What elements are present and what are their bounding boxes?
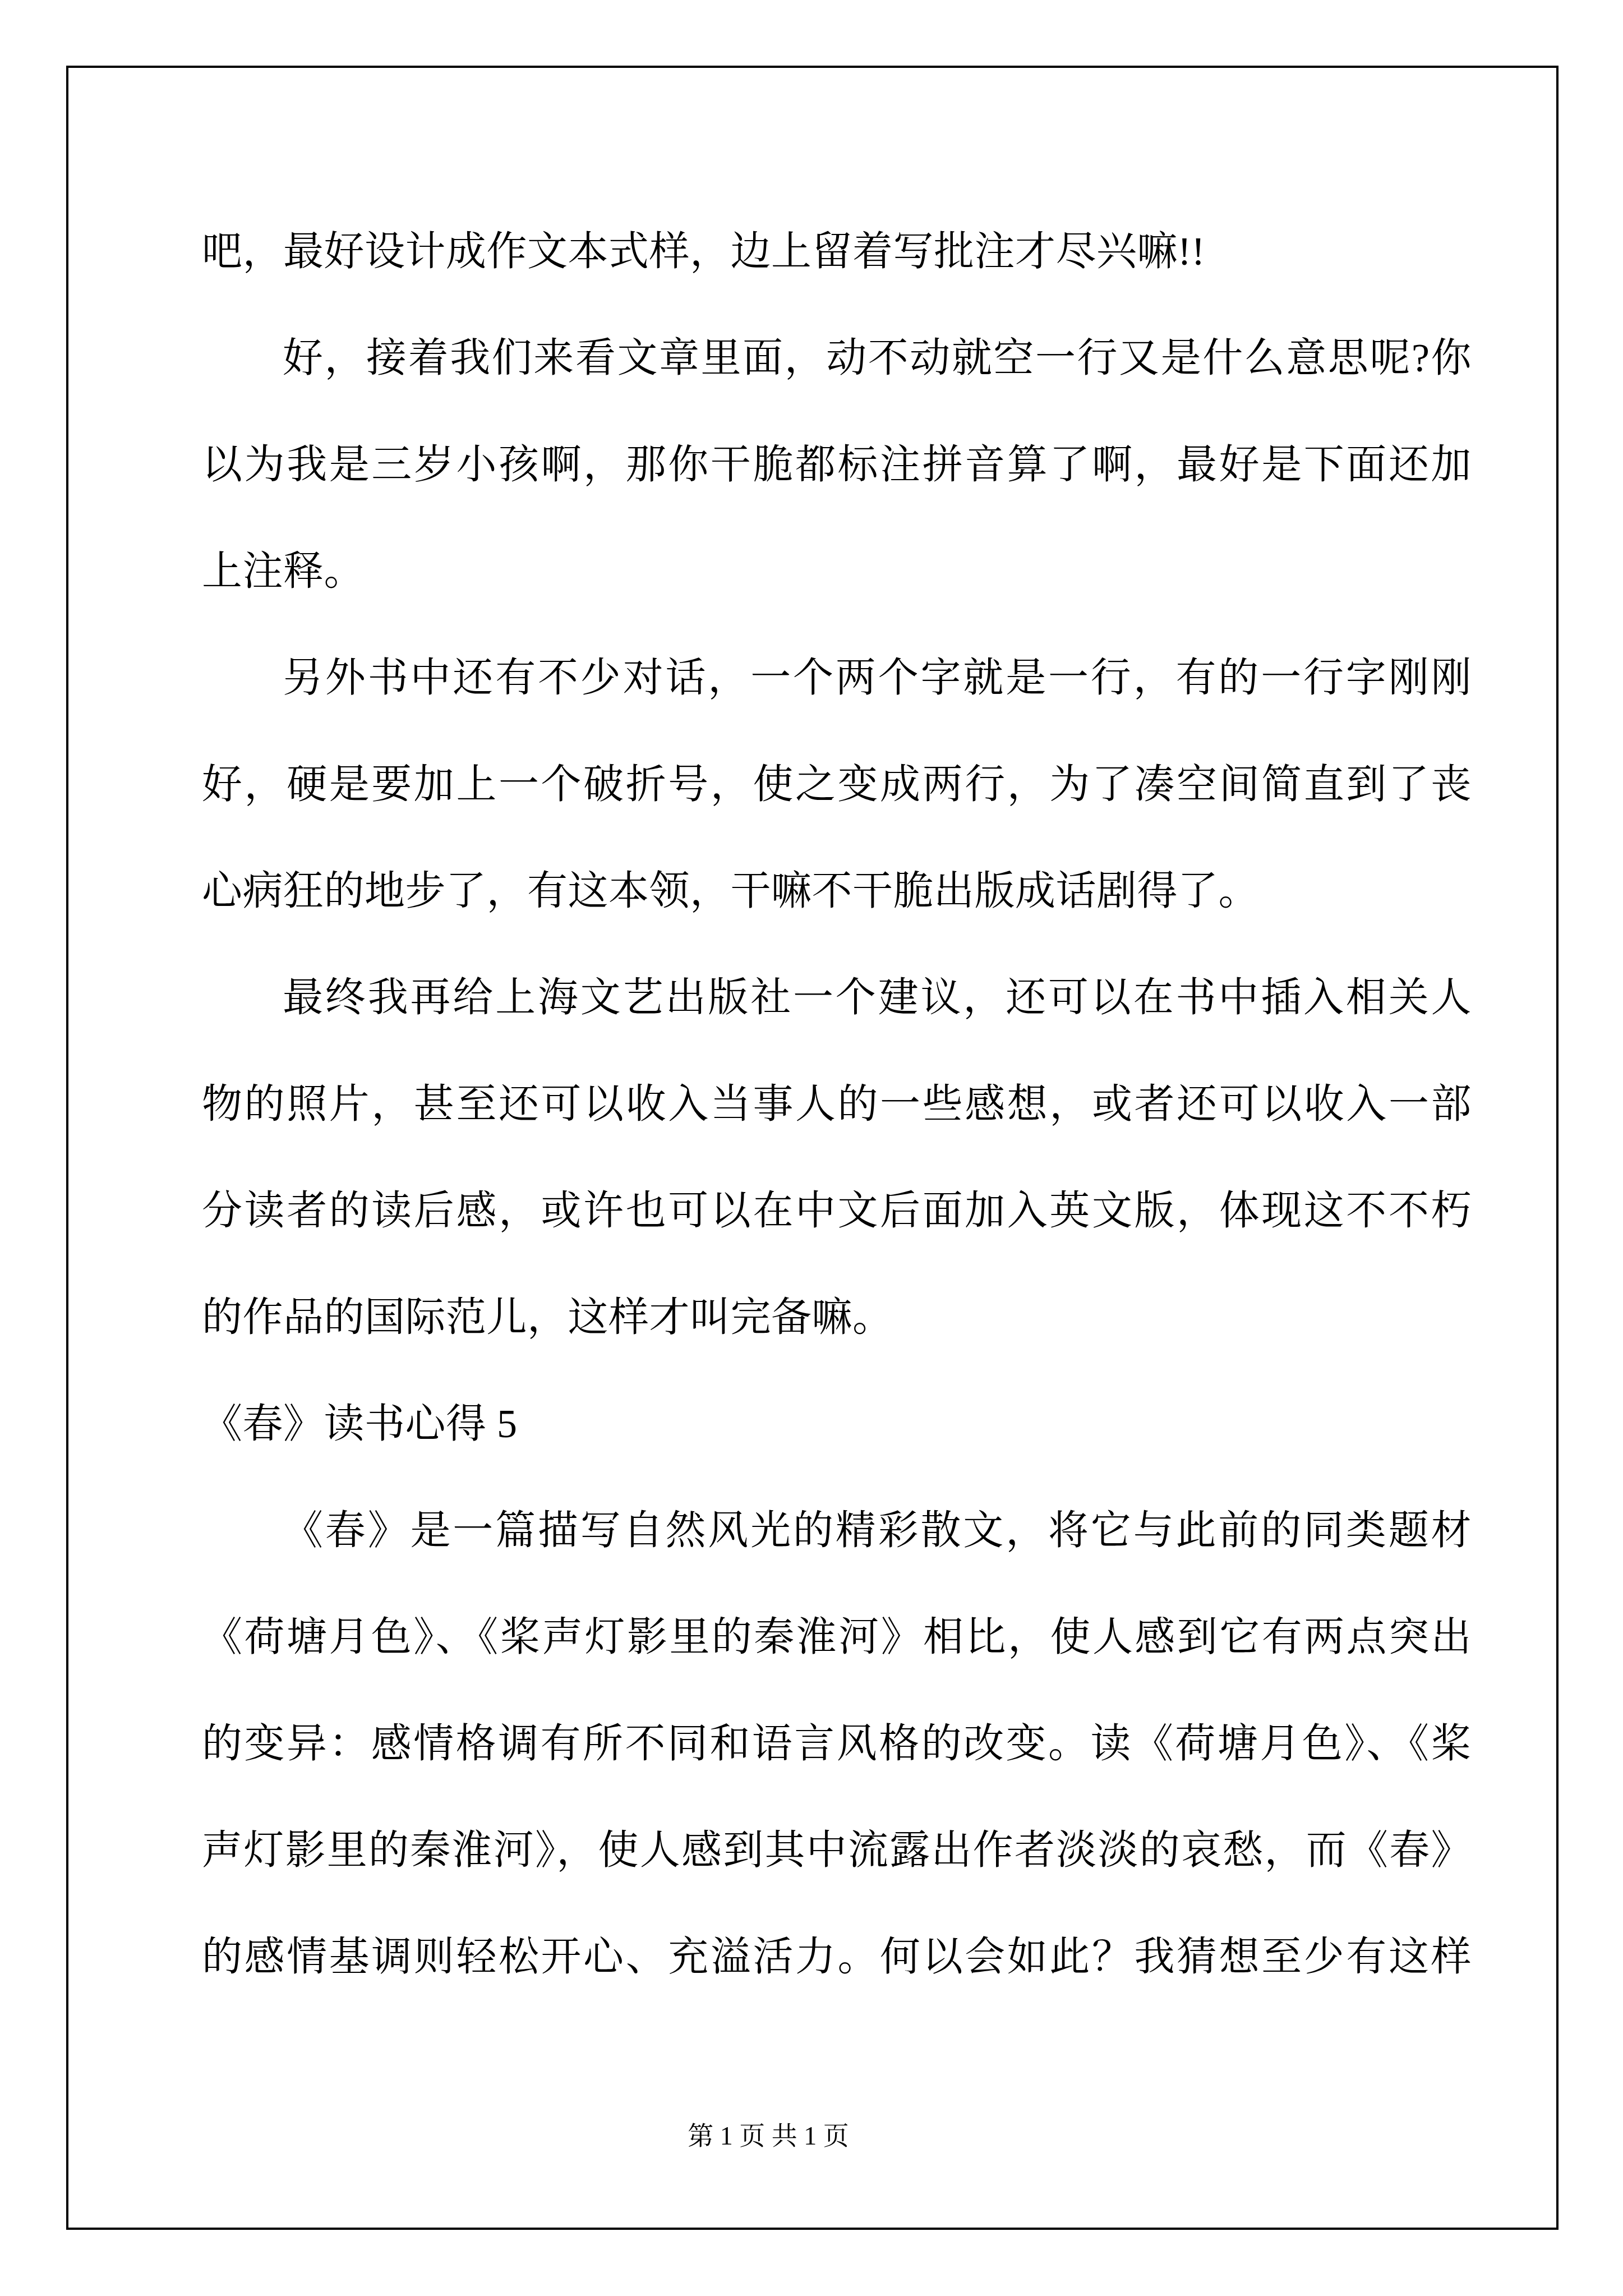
- page-footer: 第 1 页 共 1 页: [133, 2119, 1403, 2153]
- text-line: 物的照片，甚至还可以收入当事人的一些感想，或者还可以收入一部: [202, 1051, 1472, 1157]
- text-line: 《荷塘月色》、《桨声灯影里的秦淮河》相比，使人感到它有两点突出: [202, 1584, 1472, 1690]
- text-line: 好，接着我们来看文章里面，动不动就空一行又是什么意思呢?你: [202, 305, 1472, 411]
- document-body: 吧，最好设计成作文本式样，边上留着写批注才尽兴嘛!! 好，接着我们来看文章里面，…: [202, 198, 1472, 2010]
- document-page: 吧，最好设计成作文本式样，边上留着写批注才尽兴嘛!! 好，接着我们来看文章里面，…: [0, 0, 1623, 2296]
- text-line: 声灯影里的秦淮河》，使人感到其中流露出作者淡淡的哀愁，而《春》: [202, 1797, 1472, 1903]
- text-line: 的作品的国际范儿，这样才叫完备嘛。: [202, 1264, 1472, 1370]
- text-line: 最终我再给上海文艺出版社一个建议，还可以在书中插入相关人: [202, 944, 1472, 1051]
- text-line: 上注释。: [202, 518, 1472, 624]
- section-heading: 《春》读书心得 5: [202, 1370, 1472, 1477]
- text-line: 以为我是三岁小孩啊，那你干脆都标注拼音算了啊，最好是下面还加: [202, 411, 1472, 518]
- text-line: 分读者的读后感，或许也可以在中文后面加入英文版，体现这不不朽: [202, 1157, 1472, 1264]
- text-line: 的变异：感情格调有所不同和语言风格的改变。读《荷塘月色》、《桨: [202, 1690, 1472, 1797]
- text-line: 《春》是一篇描写自然风光的精彩散文，将它与此前的同类题材: [202, 1477, 1472, 1584]
- text-line: 的感情基调则轻松开心、充溢活力。何以会如此？我猜想至少有这样: [202, 1903, 1472, 2010]
- text-line: 吧，最好设计成作文本式样，边上留着写批注才尽兴嘛!!: [202, 198, 1472, 305]
- text-line: 好，硬是要加上一个破折号，使之变成两行，为了凑空间简直到了丧: [202, 731, 1472, 838]
- text-line: 心病狂的地步了，有这本领，干嘛不干脆出版成话剧得了。: [202, 838, 1472, 944]
- text-line: 另外书中还有不少对话，一个两个字就是一行，有的一行字刚刚: [202, 624, 1472, 731]
